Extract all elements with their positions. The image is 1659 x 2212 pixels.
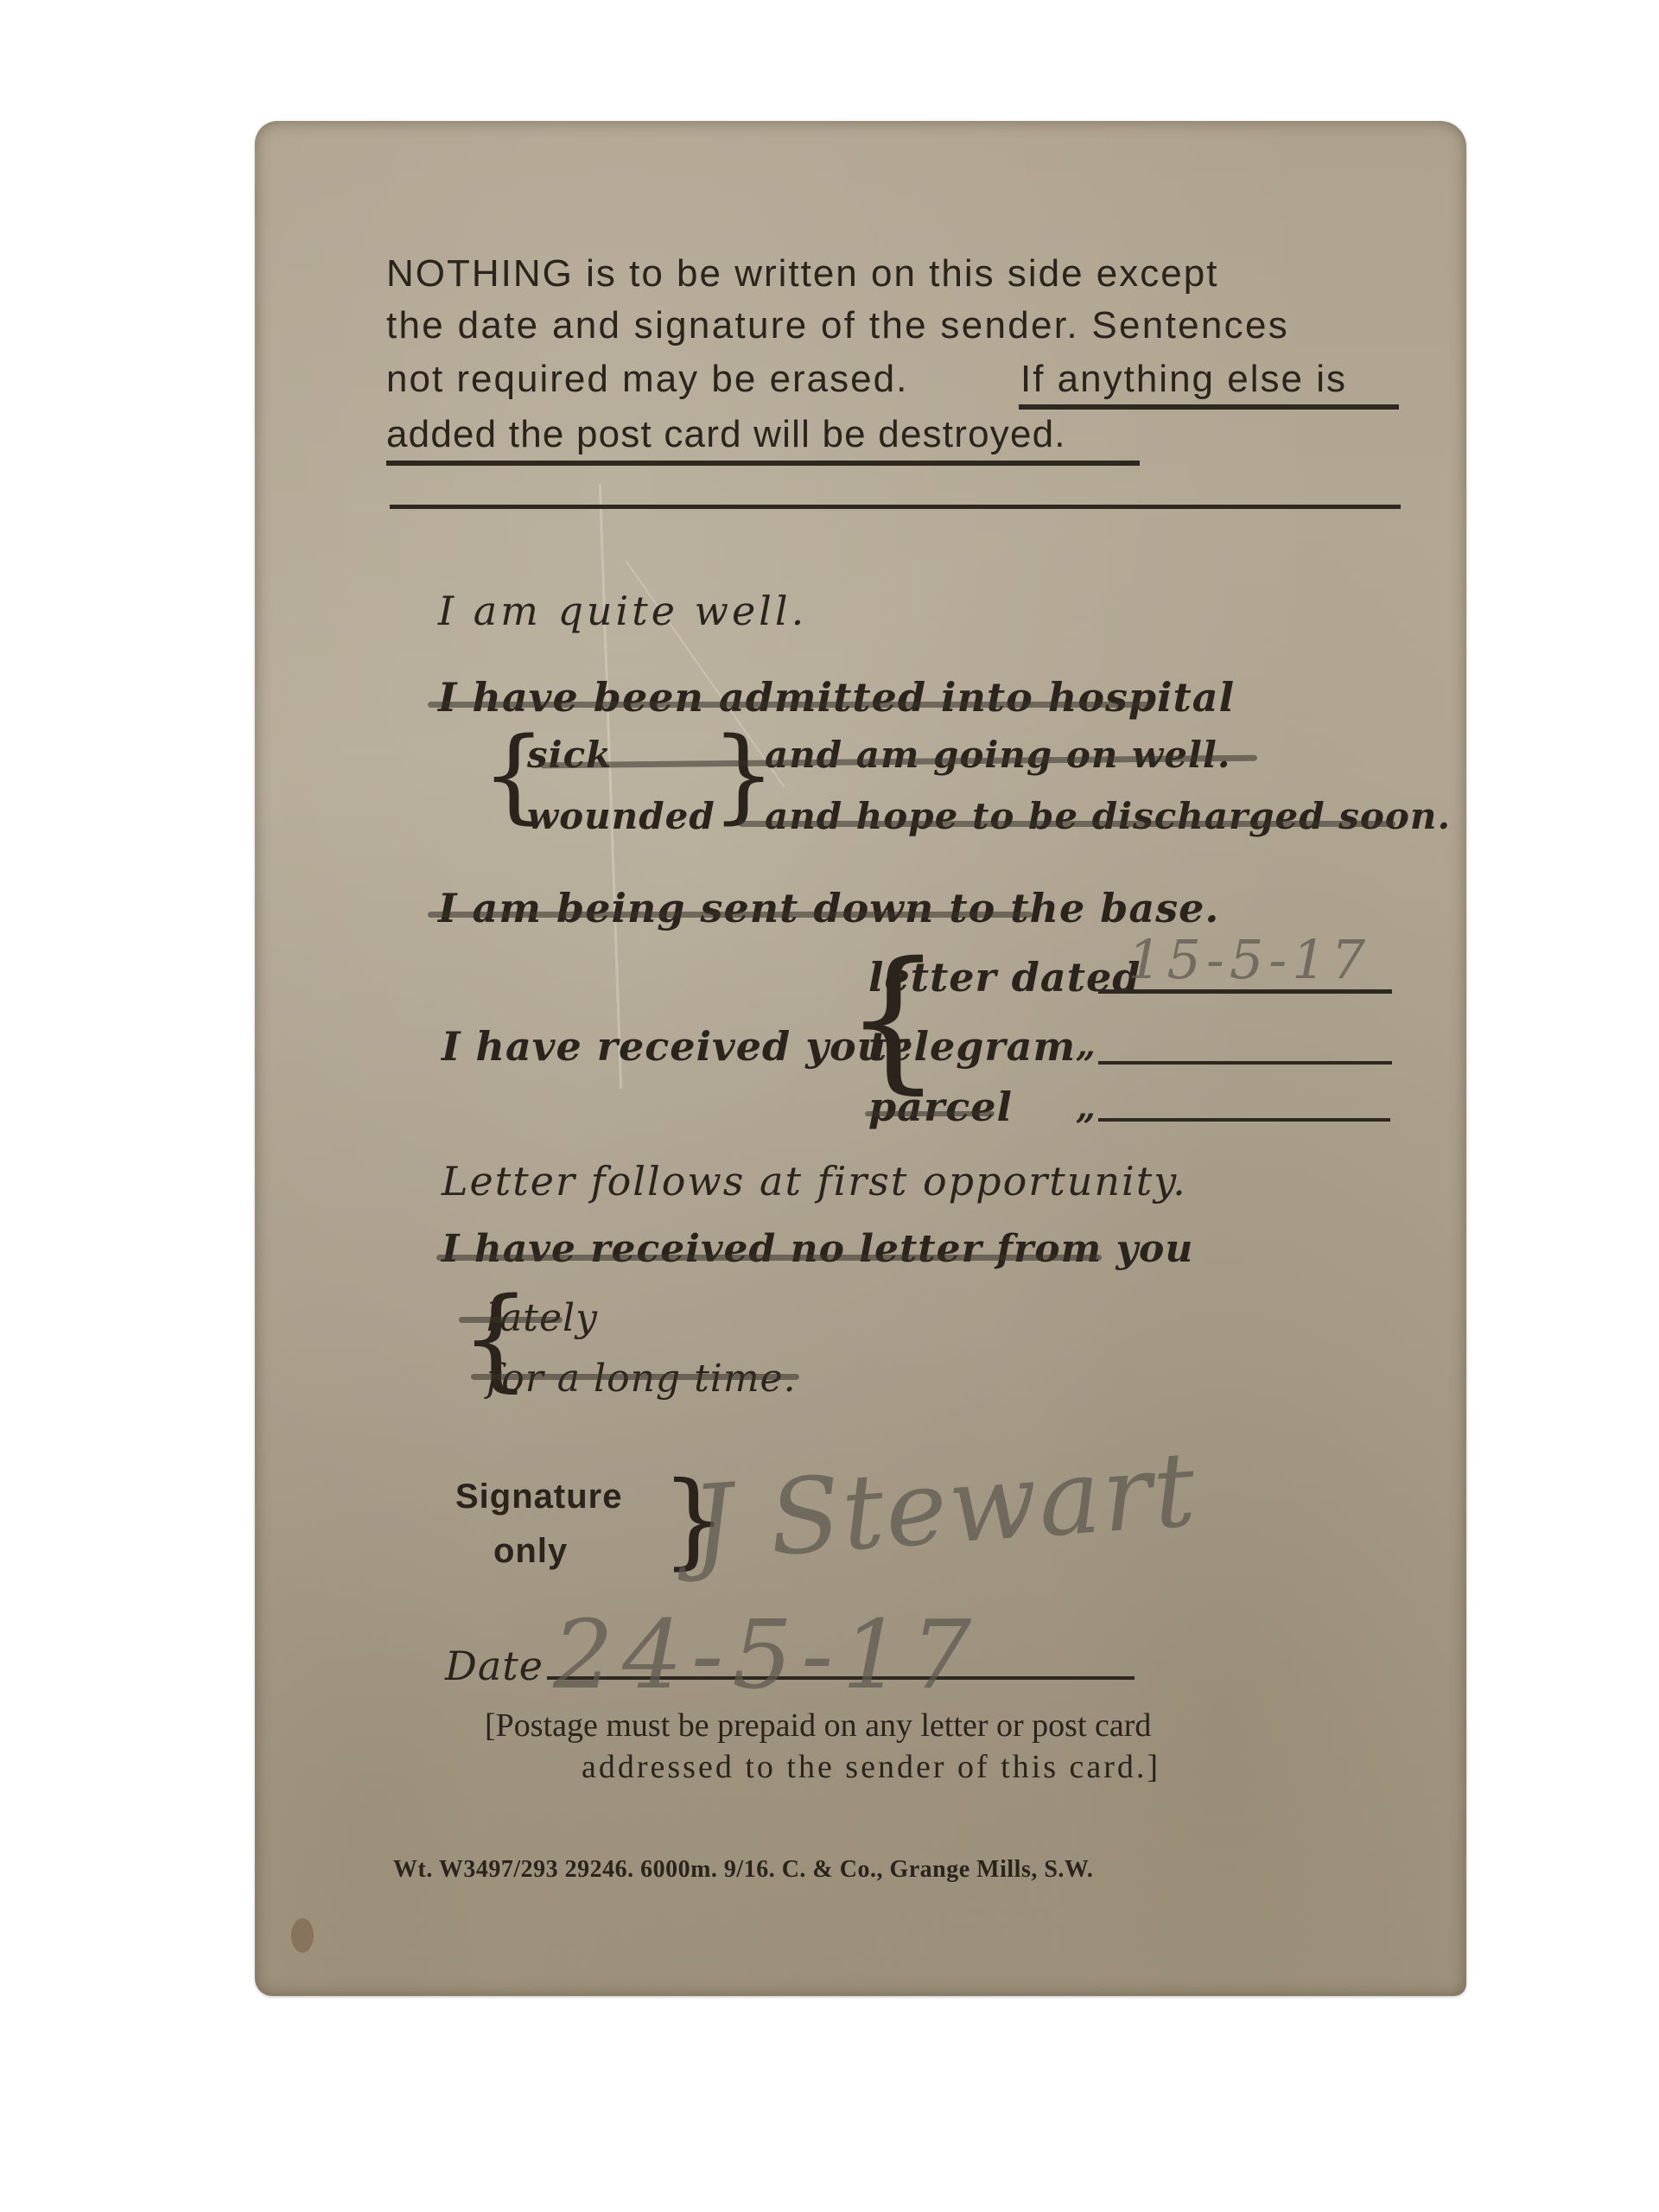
notice-line-1: NOTHING is to be written on this side ex… (386, 255, 1218, 293)
statement-no-letter: I have received no letter from you (442, 1230, 1193, 1268)
statement-quite-well: I am quite well. (438, 591, 807, 631)
statement-letter-follows: Letter follows at first opportunity. (442, 1161, 1187, 1201)
strikethrough (739, 821, 1395, 827)
option-parcel: parcel (868, 1087, 1013, 1127)
statement-sent-to-base: I am being sent down to the base. (438, 888, 1219, 928)
signature-label-only: only (493, 1534, 568, 1568)
ditto-mark: „ (1076, 1028, 1096, 1063)
notice-line-3b: If anything else is (1020, 360, 1347, 398)
ditto-mark: „ (1076, 1090, 1096, 1125)
statement-received-your: I have received your (442, 1027, 908, 1066)
strikethrough (428, 702, 1154, 708)
handwritten-signature: J Stewart (689, 1439, 1200, 1578)
notice-underline (1019, 404, 1399, 410)
stain-mark (291, 1918, 314, 1953)
notice-line-2: the date and signature of the sender. Se… (386, 307, 1289, 345)
strikethrough (471, 1374, 799, 1380)
handwritten-letter-date: 15-5-17 (1128, 933, 1370, 987)
statement-discharged: and hope to be discharged soon. (765, 798, 1451, 835)
telegram-date-field-line (1098, 1061, 1392, 1065)
strikethrough (436, 1255, 1102, 1261)
strikethrough (459, 1317, 563, 1323)
notice-underline (386, 461, 1140, 466)
option-telegram: telegram (868, 1027, 1076, 1066)
notice-line-3a: not required may be erased. (386, 360, 908, 398)
strikethrough (865, 1111, 995, 1116)
parcel-date-field-line (1098, 1118, 1390, 1122)
postage-note-line-2: addressed to the sender of this card.] (582, 1751, 1160, 1783)
notice-line-4: added the post card will be destroyed. (386, 416, 1066, 454)
section-divider (390, 505, 1401, 509)
option-wounded: wounded (527, 798, 715, 835)
date-label: Date (445, 1646, 543, 1686)
handwritten-date: 24-5-17 (553, 1607, 980, 1702)
field-service-postcard: NOTHING is to be written on this side ex… (255, 121, 1466, 1996)
printer-imprint: Wt. W3497/293 29246. 6000m. 9/16. C. & C… (393, 1858, 1093, 1882)
signature-label: Signature (455, 1479, 622, 1514)
statement-admitted: I have been admitted into hospital (438, 677, 1235, 717)
strikethrough (428, 912, 1033, 918)
postage-note-line-1: [Postage must be prepaid on any letter o… (485, 1709, 1151, 1742)
crease-mark (599, 484, 622, 1089)
